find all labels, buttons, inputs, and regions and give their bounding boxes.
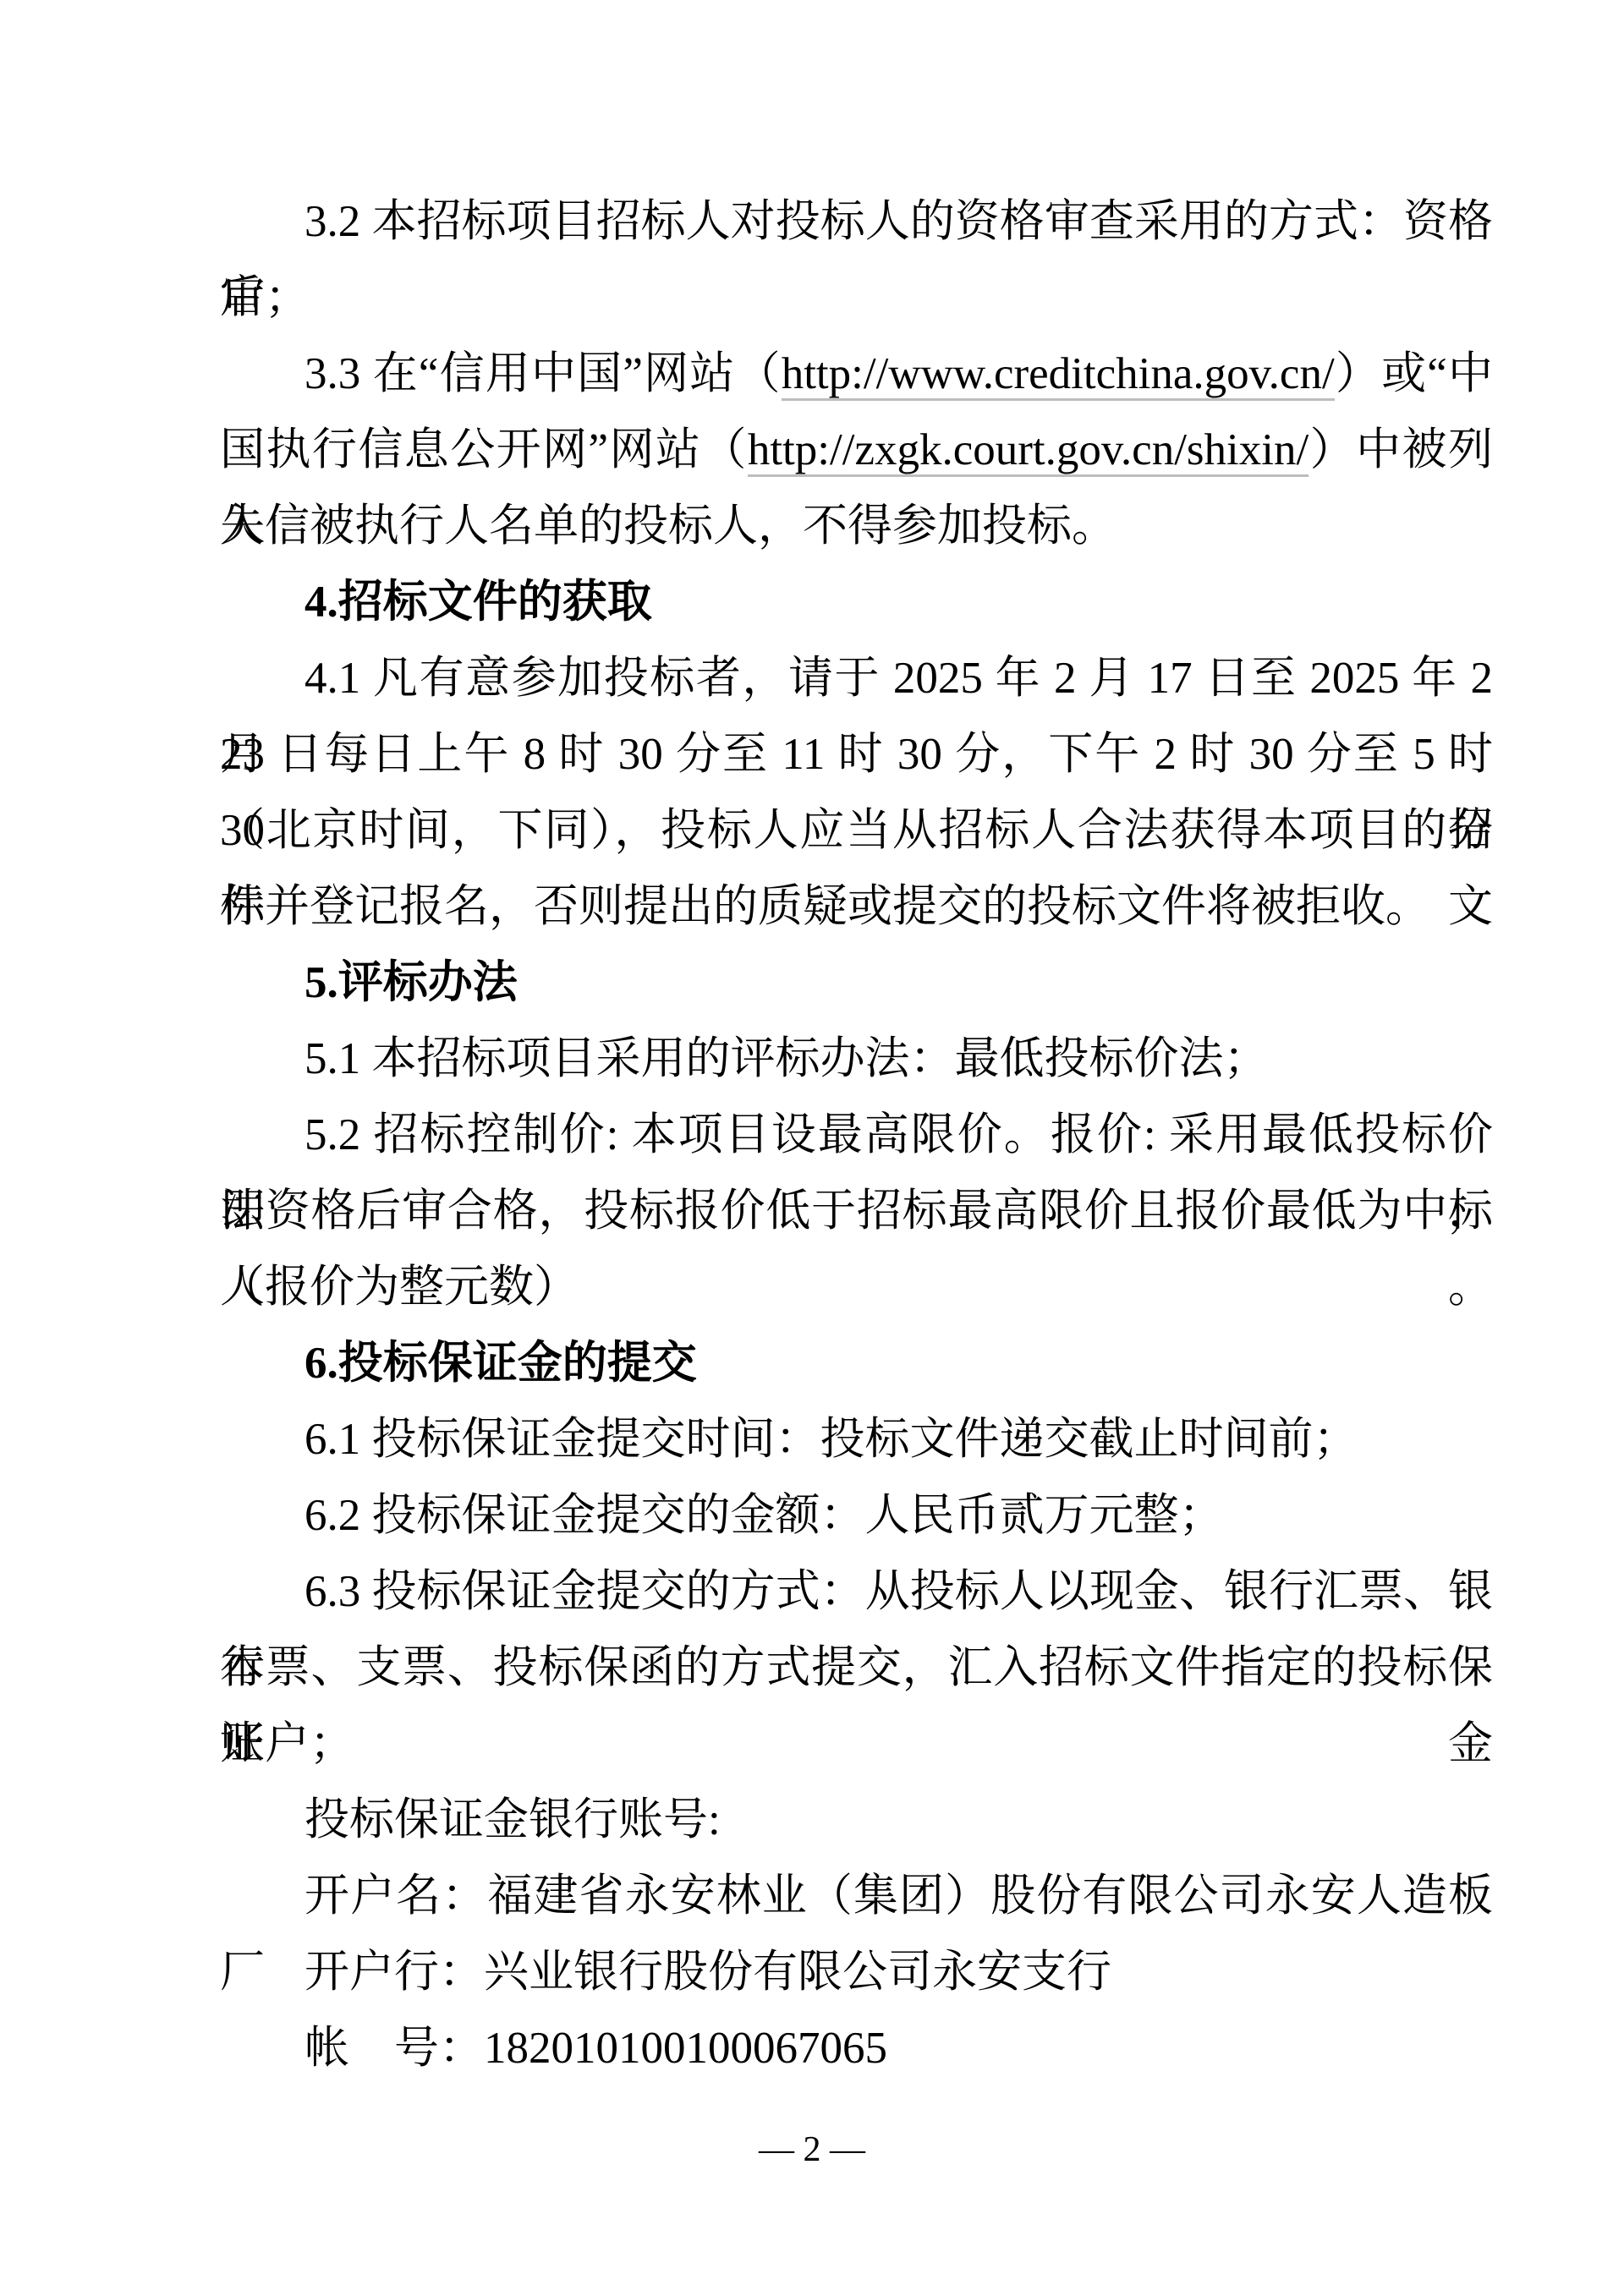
text-line: （北京时间，下同），投标人应当从招标人合法获得本项目的招标文 xyxy=(220,792,1493,869)
text-segment: 3.3 在“信用中国”网站（ xyxy=(304,349,782,398)
url-link[interactable]: http://www.creditchina.gov.cn/ xyxy=(782,349,1335,401)
text-line: 开户名：福建省永安林业（集团）股份有限公司永安人造板厂 xyxy=(220,1858,1493,1934)
text-segment: 6.2 投标保证金提交的金额：人民币贰万元整； xyxy=(304,1491,1224,1540)
text-segment: 国执行信息公开网”网站（ xyxy=(220,425,748,474)
text-segment: （报价为整元数） xyxy=(220,1263,579,1312)
text-segment: 审； xyxy=(220,273,310,322)
page-number: — 2 — xyxy=(0,2124,1624,2175)
text-segment: 5.1 本招标项目采用的评标办法：最低投标价法； xyxy=(304,1034,1269,1083)
text-segment: 6.投标保证金的提交 xyxy=(304,1339,697,1388)
text-segment: ）或“中 xyxy=(1335,349,1493,398)
text-line: 6.2 投标保证金提交的金额：人民币贰万元整； xyxy=(220,1477,1493,1553)
text-segment: 投标保证金银行账号: xyxy=(304,1795,721,1844)
text-segment: 6.1 投标保证金提交时间：投标文件递交截止时间前； xyxy=(304,1415,1358,1464)
text-line: 国执行信息公开网”网站（http://zxgk.court.gov.cn/shi… xyxy=(220,412,1493,488)
url-link[interactable]: http://zxgk.court.gov.cn/shixin/ xyxy=(748,425,1309,477)
section-heading: 5.评标办法 xyxy=(220,945,1493,1021)
text-line: 帐 号：182010100100067065 xyxy=(220,2010,1493,2086)
text-line: 开户行：兴业银行股份有限公司永安支行 xyxy=(220,1934,1493,2010)
section-heading: 4.招标文件的获取 xyxy=(220,564,1493,640)
text-line: 3.2 本招标项目招标人对投标人的资格审查采用的方式：资格后 xyxy=(220,184,1493,260)
text-segment: 账户； xyxy=(220,1719,354,1768)
text-line: 即资格后审合格，投标报价低于招标最高限价且报价最低为中标人。 xyxy=(220,1173,1493,1249)
text-line: 审； xyxy=(220,260,1493,336)
text-segment: 件并登记报名，否则提出的质疑或提交的投标文件将被拒收。 xyxy=(220,882,1430,931)
text-segment: 4.招标文件的获取 xyxy=(304,578,652,627)
document-body: 3.2 本招标项目招标人对投标人的资格审查采用的方式：资格后审；3.3 在“信用… xyxy=(220,184,1493,2086)
text-line: 5.1 本招标项目采用的评标办法：最低投标价法； xyxy=(220,1021,1493,1097)
text-line: 件并登记报名，否则提出的质疑或提交的投标文件将被拒收。 xyxy=(220,869,1493,945)
text-segment: 开户行：兴业银行股份有限公司永安支行 xyxy=(304,1948,1111,1997)
text-line: 4.1 凡有意参加投标者，请于 2025 年 2 月 17 日至 2025 年 … xyxy=(220,640,1493,716)
text-line: 6.1 投标保证金提交时间：投标文件递交截止时间前； xyxy=(220,1401,1493,1477)
text-line: 5.2 招标控制价: 本项目设最高限价。报价: 采用最低投标价法， xyxy=(220,1097,1493,1173)
text-segment: 本票、支票、投标保函的方式提交，汇入招标文件指定的投标保证金 xyxy=(220,1643,1493,1768)
text-line: 3.3 在“信用中国”网站（http://www.creditchina.gov… xyxy=(220,336,1493,412)
text-segment: 5.评标办法 xyxy=(304,958,518,1007)
text-segment: 帐 号：182010100100067065 xyxy=(304,2024,887,2073)
text-line: 失信被执行人名单的投标人，不得参加投标。 xyxy=(220,488,1493,564)
text-line: 投标保证金银行账号: xyxy=(220,1782,1493,1858)
text-line: 6.3 投标保证金提交的方式：从投标人以现金、银行汇票、银行 xyxy=(220,1553,1493,1630)
text-line: 本票、支票、投标保函的方式提交，汇入招标文件指定的投标保证金 xyxy=(220,1630,1493,1706)
text-line: 23 日每日上午 8 时 30 分至 11 时 30 分，下午 2 时 30 分… xyxy=(220,716,1493,792)
section-heading: 6.投标保证金的提交 xyxy=(220,1325,1493,1401)
document-page: 3.2 本招标项目招标人对投标人的资格审查采用的方式：资格后审；3.3 在“信用… xyxy=(0,0,1624,2296)
text-segment: 失信被执行人名单的投标人，不得参加投标。 xyxy=(220,501,1116,551)
